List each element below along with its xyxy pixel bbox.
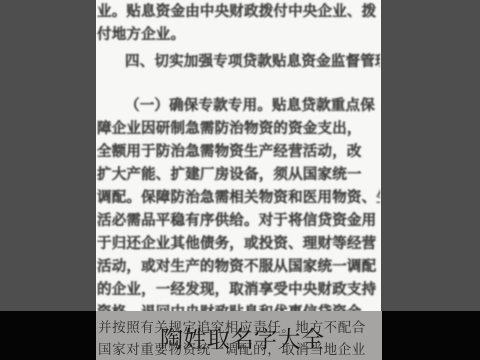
doc-text-line: 全额用于防治急需物资生产经营活动，改	[97, 141, 380, 164]
document-text-block: 业。贴息资金由中央财政拨付中央企业、拨 付地方企业。 四、切实加强专项贷款贴息资…	[97, 1, 380, 312]
doc-text-line: 业。贴息资金由中央财政拨付中央企业、拨	[97, 1, 380, 24]
doc-text-line: （一）确保专款专用。贴息贷款重点保	[97, 95, 380, 118]
screenshot-root: 业。贴息资金由中央财政拨付中央企业、拨 付地方企业。 四、切实加强专项贷款贴息资…	[0, 0, 480, 360]
watermark-text: 陶姓取名字大全	[160, 321, 325, 354]
document-page: 业。贴息资金由中央财政拨付中央企业、拨 付地方企业。 四、切实加强专项贷款贴息资…	[96, 0, 381, 312]
doc-text-line: 调配。保障防治急需相关物资和医用物资、生	[97, 187, 380, 210]
section-heading: 四、切实加强专项贷款贴息资金监督管理	[97, 51, 380, 74]
doc-text-line: 活必需品平稳有序供给。对于将信贷资金用	[97, 210, 380, 233]
doc-text-line: 付地方企业。	[97, 24, 380, 47]
doc-text-line: 于归还企业其他债务，或投资、理财等经营	[97, 233, 380, 256]
bottom-dark-band: 并按照有关规定追究相应责任。地方不配合 国家对重要物资统一调配的，取消当地企业 …	[0, 311, 480, 360]
bottom-band-page-strip: 并按照有关规定追究相应责任。地方不配合 国家对重要物资统一调配的，取消当地企业 …	[96, 311, 382, 360]
doc-text-line: 障企业因研制急需防治物资的资金支出，	[97, 118, 380, 141]
doc-text-line: 的企业，一经发现，取消享受中央财政支持	[97, 279, 380, 302]
doc-text-line: 扩大产能、扩建厂房设备，须从国家统一	[97, 164, 380, 187]
doc-text-line: 活动，或对生产的物资不服从国家统一调配	[97, 256, 380, 279]
